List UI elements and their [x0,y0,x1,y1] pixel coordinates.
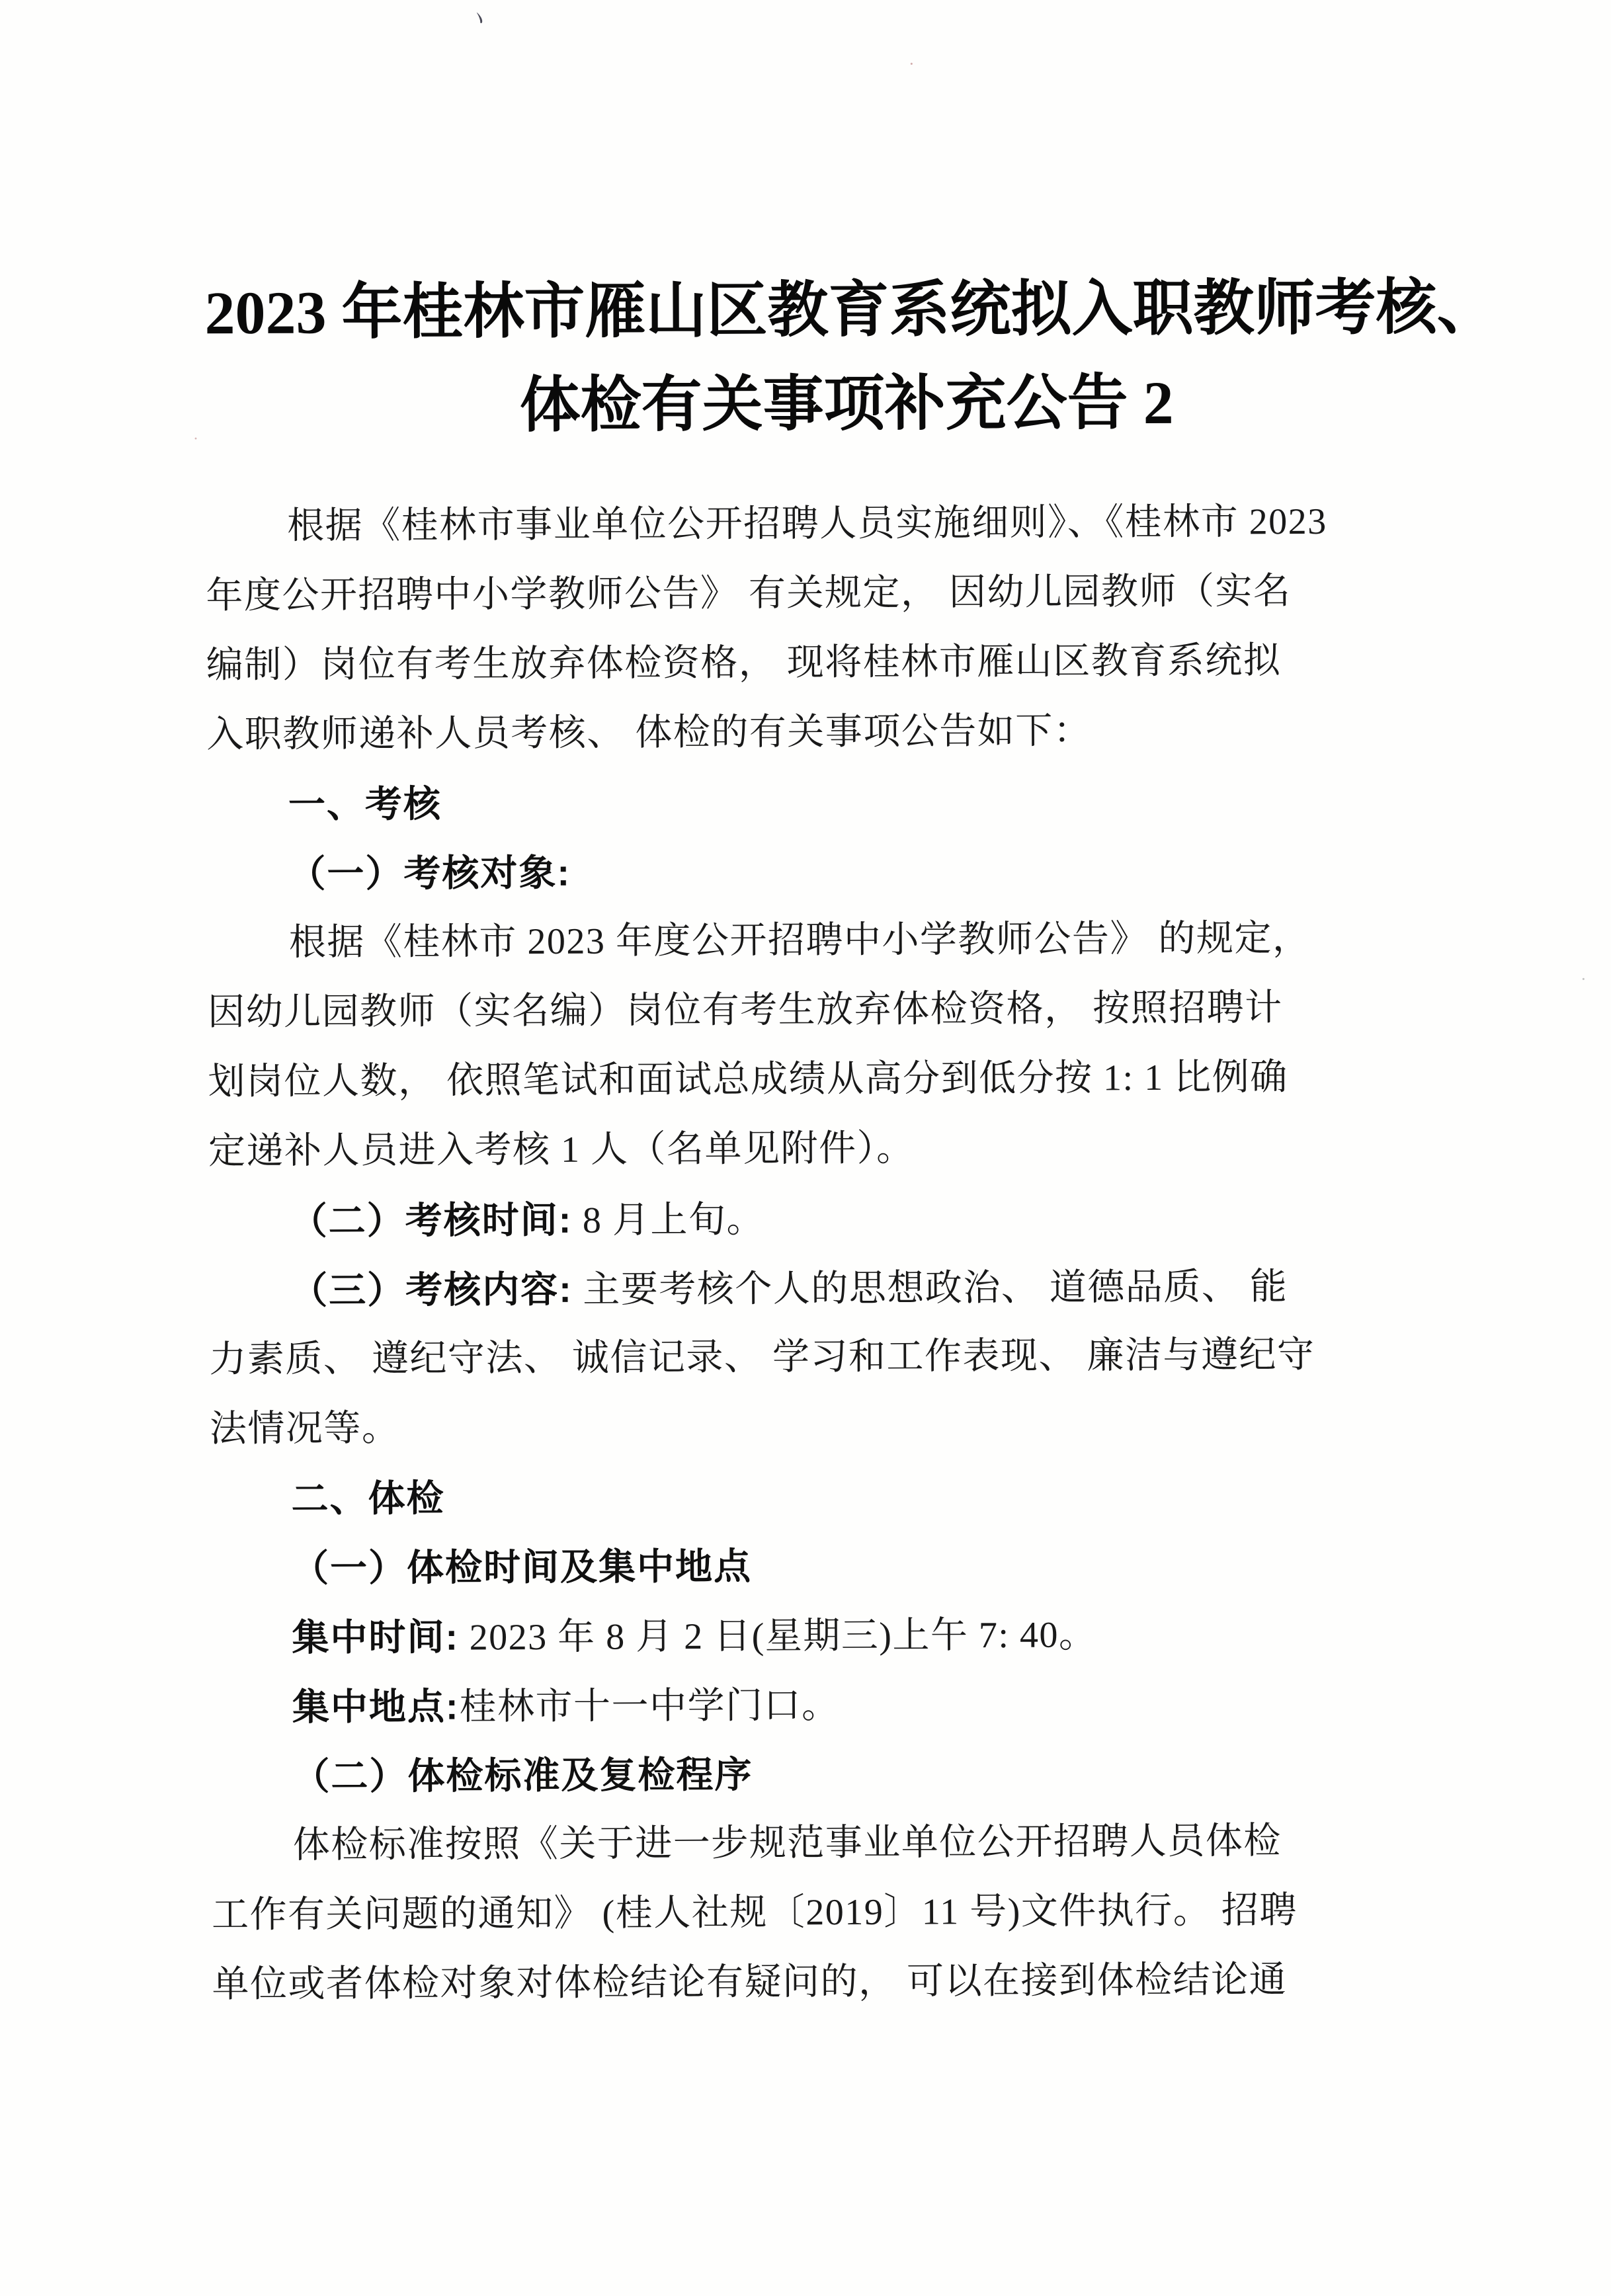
scanned-document-page: 2023 年桂林市雁山区教育系统拟入职教师考核、 体检有关事项补充公告 2 根据… [0,0,1611,2296]
text-line: 集中时间: 2023 年 8 月 2 日(星期三)上午 7: 40。 [210,1598,1493,1672]
document-body: 根据《桂林市事业单位公开招聘人员实施细则》、《桂林市 2023年度公开招聘中小学… [206,487,1495,2020]
text-run: 划岗位人数， 依照笔试和面试总成绩从高分到低分按 1: 1 比例确 [208,1057,1288,1102]
heading-run: 集中地点: [292,1686,460,1728]
text-line: 单位或者体检对象对体检结论有疑问的， 可以在接到体检结论通 [212,1945,1495,2020]
text-line: （二）体检标准及复检程序 [211,1737,1494,1811]
text-line: 法情况等。 [210,1389,1493,1464]
text-line: （一）体检时间及集中地点 [210,1528,1493,1603]
text-run: 8 月上旬。 [572,1200,764,1241]
heading-run: 集中时间: [292,1616,459,1659]
text-run: 体检标准按照《关于进一步规范事业单位公开招聘人员体检 [293,1821,1282,1866]
text-line: 根据《桂林市 2023 年度公开招聘中小学教师公告》 的规定， [207,903,1490,978]
text-run: 根据《桂林市 2023 年度公开招聘中小学教师公告》 的规定， [289,918,1311,963]
title-line-1: 2023 年桂林市雁山区教育系统拟入职教师考核、 [204,261,1488,360]
text-line: （一）考核对象: [207,834,1490,909]
text-line: 入职教师递补人员考核、 体检的有关事项公告如下： [206,695,1489,770]
heading-run: 二、体检 [291,1477,444,1520]
text-run: 桂林市十一中学门口。 [459,1685,839,1728]
text-run: 主要考核个人的思想政治、 道德品质、 能 [573,1266,1288,1311]
text-run: 根据《桂林市事业单位公开招聘人员实施细则》、《桂林市 2023 [287,501,1327,547]
document-title: 2023 年桂林市雁山区教育系统拟入职教师考核、 体检有关事项补充公告 2 [204,261,1488,454]
text-line: （二）考核时间: 8 月上旬。 [208,1181,1491,1256]
document-content: 2023 年桂林市雁山区教育系统拟入职教师考核、 体检有关事项补充公告 2 根据… [204,261,1495,2020]
text-line: 根据《桂林市事业单位公开招聘人员实施细则》、《桂林市 2023 [206,487,1489,561]
scan-artifact: · [193,431,198,447]
text-run: 年度公开招聘中小学教师公告》 有关规定， 因幼儿园教师（实名 [206,571,1291,616]
text-line: 划岗位人数， 依照笔试和面试总成绩从高分到低分按 1: 1 比例确 [208,1042,1491,1117]
heading-run: 一、考核 [288,783,442,825]
heading-run: （二）考核时间: [290,1199,573,1242]
heading-run: （一）体检时间及集中地点 [292,1545,752,1589]
text-line: 二、体检 [210,1459,1493,1534]
text-line: （三）考核内容: 主要考核个人的思想政治、 道德品质、 能 [209,1250,1492,1325]
text-run: 工作有关问题的通知》 (桂人社规〔2019〕11 号)文件执行。 招聘 [212,1890,1298,1936]
text-run: 入职教师递补人员考核、 体检的有关事项公告如下： [206,710,1091,755]
text-run: 单位或者体检对象对体检结论有疑问的， 可以在接到体检结论通 [212,1959,1287,2005]
text-line: 编制）岗位有考生放弃体检资格， 现将桂林市雁山区教育系统拟 [206,626,1489,700]
text-run: 2023 年 8 月 2 日(星期三)上午 7: 40。 [459,1614,1097,1658]
text-line: 一、考核 [207,764,1490,839]
text-line: 集中地点:桂林市十一中学门口。 [211,1667,1494,1742]
text-line: 工作有关问题的通知》 (桂人社规〔2019〕11 号)文件执行。 招聘 [212,1875,1495,1950]
scan-artifact: · [909,56,915,73]
text-line: 年度公开招聘中小学教师公告》 有关规定， 因幼儿园教师（实名 [206,556,1489,631]
text-line: 定递补人员进入考核 1 人（名单见附件）。 [208,1112,1491,1186]
text-run: 定递补人员进入考核 1 人（名单见附件）。 [208,1128,915,1172]
text-run: 因幼儿园教师（实名编）岗位有考生放弃体检资格， 按照招聘计 [208,987,1283,1033]
scan-artifact: 丶 [464,6,493,35]
text-run: 力素质、 遵纪守法、 诚信记录、 学习和工作表现、 廉洁与遵纪守 [209,1334,1315,1380]
heading-run: （三）考核内容: [290,1268,573,1311]
text-line: 力素质、 遵纪守法、 诚信记录、 学习和工作表现、 廉洁与遵纪守 [209,1320,1492,1395]
text-line: 体检标准按照《关于进一步规范事业单位公开招聘人员体检 [211,1806,1494,1881]
text-run: 法情况等。 [210,1408,400,1450]
heading-run: （二）体检标准及复检程序 [292,1754,753,1797]
title-line-2: 体检有关事项补充公告 2 [205,354,1489,454]
text-run: 编制）岗位有考生放弃体检资格， 现将桂林市雁山区教育系统拟 [206,640,1282,686]
scan-artifact: · [1581,971,1587,988]
heading-run: （一）考核对象: [288,852,571,895]
text-line: 因幼儿园教师（实名编）岗位有考生放弃体检资格， 按照招聘计 [208,973,1491,1047]
